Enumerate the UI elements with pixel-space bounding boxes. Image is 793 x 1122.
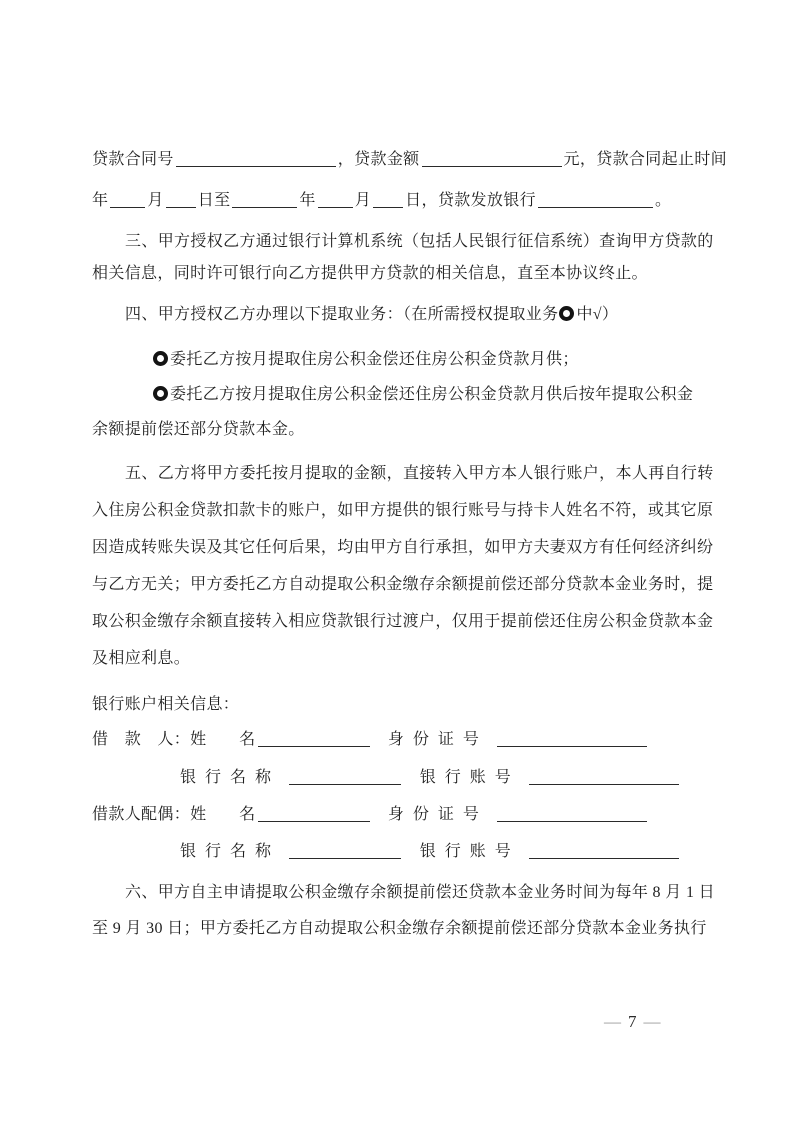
document-line: 五、乙方将甲方委托按月提取的金额，直接转入甲方本人银行账户，本人再自行转 xyxy=(92,461,717,487)
text-run xyxy=(372,731,388,748)
text-run: 日，贷款发放银行 xyxy=(405,192,536,209)
text-run: ，贷款金额 xyxy=(338,151,420,168)
document-line: 银行名称 银行账号 xyxy=(92,839,717,865)
blank-underline xyxy=(422,149,562,167)
text-run: 月 xyxy=(355,192,371,209)
text-run: 银行账户相关信息： xyxy=(92,696,239,713)
document-line: 委托乙方按月提取住房公积金偿还住房公积金贷款月供； xyxy=(92,347,717,373)
document-line: 贷款合同号，贷款金额元，贷款合同起止时间 xyxy=(92,147,717,173)
document-line: 至 9 月 30 日；甲方委托乙方自动提取公积金缴存余额提前偿还部分贷款本金业务… xyxy=(92,916,717,942)
text-run: 六、甲方自主申请提取公积金缴存余额提前偿还贷款本金业务时间为每年 8 月 1 日 xyxy=(125,884,715,901)
text-run: 四、甲方授权乙方办理以下提取业务：（在所需授权提取业务 xyxy=(125,306,558,323)
document-line: 余额提前偿还部分贷款本金。 xyxy=(92,417,717,443)
text-run: 月 xyxy=(147,192,163,209)
blank-underline xyxy=(258,804,370,822)
document-line: 六、甲方自主申请提取公积金缴存余额提前偿还贷款本金业务时间为每年 8 月 1 日 xyxy=(92,880,717,906)
blank-underline xyxy=(529,841,679,859)
text-run: 入住房公积金贷款扣款卡的账户，如甲方提供的银行账号与持卡人姓名不符，或其它原 xyxy=(92,502,713,519)
text-run: 银行名称 xyxy=(180,843,280,860)
page-number: —7— xyxy=(598,1012,668,1032)
blank-underline xyxy=(232,190,297,208)
document-line: 四、甲方授权乙方办理以下提取业务：（在所需授权提取业务中√） xyxy=(92,302,717,328)
text-run: 至 9 月 30 日；甲方委托乙方自动提取公积金缴存余额提前偿还部分贷款本金业务… xyxy=(92,920,707,937)
blank-underline xyxy=(166,190,196,208)
text-run xyxy=(372,806,388,823)
blank-underline xyxy=(258,729,370,747)
text-run xyxy=(479,731,495,748)
blank-underline xyxy=(497,804,647,822)
blank-underline xyxy=(289,767,401,785)
document-line: 年月日至年月日，贷款发放银行。 xyxy=(92,188,717,214)
circle-option-icon xyxy=(153,351,168,366)
text-run: 。 xyxy=(655,192,671,209)
document-line: 与乙方无关；甲方委托乙方自动提取公积金缴存余额提前偿还部分贷款本金业务时，提 xyxy=(92,572,717,598)
blank-underline xyxy=(529,767,679,785)
document-line: 因造成转账失误及其它任何后果，均由甲方自行承担，如甲方夫妻双方有任何经济纠纷 xyxy=(92,535,717,561)
text-run: 因造成转账失误及其它任何后果，均由甲方自行承担，如甲方夫妻双方有任何经济纠纷 xyxy=(92,539,713,556)
blank-underline xyxy=(176,149,336,167)
document-line: 银行账户相关信息： xyxy=(92,692,717,718)
text-run: 身份证号 xyxy=(388,806,488,823)
text-run: 元，贷款合同起止时间 xyxy=(564,151,728,168)
blank-underline xyxy=(497,729,647,747)
page-number-dash-right: — xyxy=(638,1012,668,1031)
text-run: 年 xyxy=(299,192,315,209)
text-run: 余额提前偿还部分贷款本金。 xyxy=(92,421,305,438)
text-run: 与乙方无关；甲方委托乙方自动提取公积金缴存余额提前偿还部分贷款本金业务时，提 xyxy=(92,576,713,593)
text-run: 银行账号 xyxy=(420,769,520,786)
page-number-value: 7 xyxy=(628,1012,638,1031)
text-run xyxy=(271,843,287,860)
blank-underline xyxy=(318,190,353,208)
text-run: 银行账号 xyxy=(420,843,520,860)
text-run: 借款人配偶：姓 名 xyxy=(92,806,256,823)
text-run: 银行名称 xyxy=(180,769,280,786)
document-line: 相关信息，同时许可银行向乙方提供甲方贷款的相关信息，直至本协议终止。 xyxy=(92,261,717,287)
page-number-dash-left: — xyxy=(598,1012,628,1031)
text-run: 取公积金缴存余额直接转入相应贷款银行过渡户，仅用于提前偿还住房公积金贷款本金 xyxy=(92,613,713,630)
circle-option-icon xyxy=(153,386,168,401)
text-run xyxy=(271,769,287,786)
document-line: 委托乙方按月提取住房公积金偿还住房公积金贷款月供后按年提取公积金 xyxy=(92,382,717,408)
text-run: 年 xyxy=(92,192,108,209)
circle-option-icon xyxy=(559,306,574,321)
document-line: 借 款 人：姓 名 身份证号 xyxy=(92,727,717,753)
document-line: 银行名称 银行账号 xyxy=(92,765,717,791)
text-run xyxy=(403,843,419,860)
text-run: 日至 xyxy=(198,192,231,209)
document-line: 取公积金缴存余额直接转入相应贷款银行过渡户，仅用于提前偿还住房公积金贷款本金 xyxy=(92,609,717,635)
text-run: 中√） xyxy=(576,306,618,323)
document-line: 三、甲方授权乙方通过银行计算机系统（包括人民银行征信系统）查询甲方贷款的 xyxy=(92,229,717,255)
blank-underline xyxy=(373,190,403,208)
text-run xyxy=(511,769,527,786)
text-run xyxy=(511,843,527,860)
document-line: 及相应利息。 xyxy=(92,646,717,672)
text-run xyxy=(479,806,495,823)
text-run: 贷款合同号 xyxy=(92,151,174,168)
document-line: 入住房公积金贷款扣款卡的账户，如甲方提供的银行账号与持卡人姓名不符，或其它原 xyxy=(92,498,717,524)
blank-underline xyxy=(110,190,145,208)
blank-underline xyxy=(538,190,653,208)
text-run: 三、甲方授权乙方通过银行计算机系统（包括人民银行征信系统）查询甲方贷款的 xyxy=(125,233,714,250)
text-run: 及相应利息。 xyxy=(92,650,190,667)
text-run: 五、乙方将甲方委托按月提取的金额，直接转入甲方本人银行账户，本人再自行转 xyxy=(125,465,714,482)
text-run: 借 款 人：姓 名 xyxy=(92,731,256,748)
text-run: 相关信息，同时许可银行向乙方提供甲方贷款的相关信息，直至本协议终止。 xyxy=(92,265,648,282)
text-run: 委托乙方按月提取住房公积金偿还住房公积金贷款月供； xyxy=(170,351,579,368)
text-run xyxy=(403,769,419,786)
text-run: 身份证号 xyxy=(388,731,488,748)
text-run: 委托乙方按月提取住房公积金偿还住房公积金贷款月供后按年提取公积金 xyxy=(170,386,693,403)
blank-underline xyxy=(289,841,401,859)
document-line: 借款人配偶：姓 名 身份证号 xyxy=(92,802,717,828)
contract-document-page: 贷款合同号，贷款金额元，贷款合同起止时间年月日至年月日，贷款发放银行。三、甲方授… xyxy=(0,0,793,1122)
